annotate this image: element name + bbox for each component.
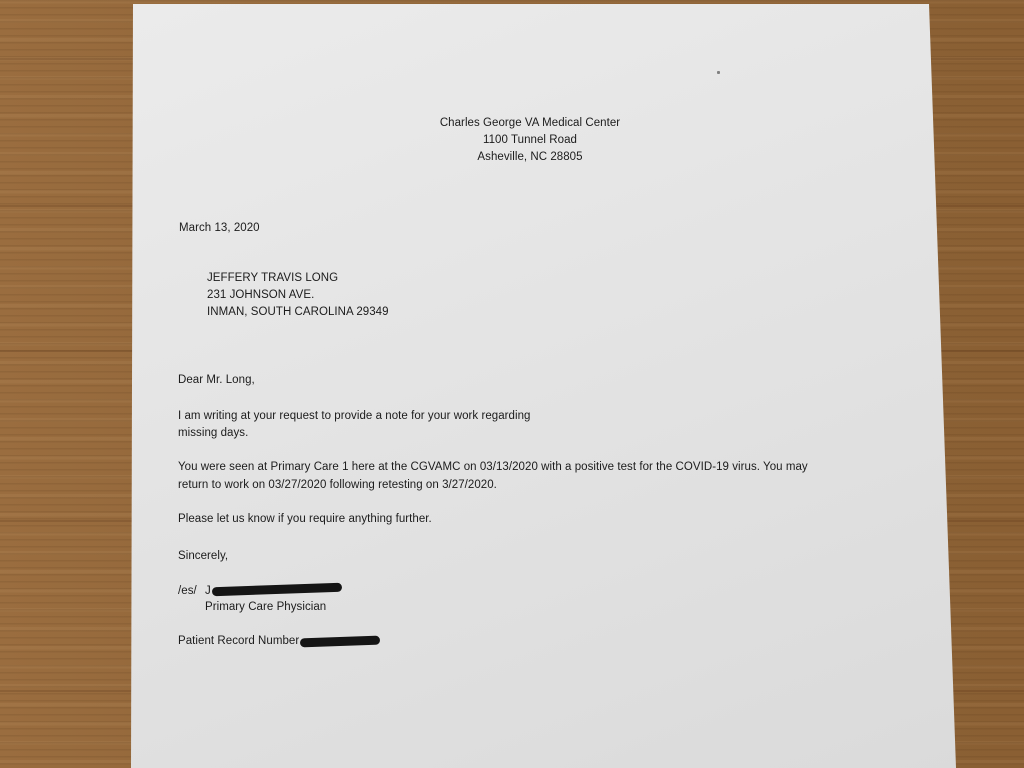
patient-record-label: Patient Record Number — [178, 633, 299, 650]
paragraph-1-line-1: I am writing at your request to provide … — [178, 408, 531, 425]
paragraph-2-line-1: You were seen at Primary Care 1 here at … — [178, 459, 808, 476]
recipient-city: INMAN, SOUTH CAROLINA 29349 — [207, 304, 389, 321]
letterhead-org: Charles George VA Medical Center — [380, 115, 680, 132]
recipient-name: JEFFERY TRAVIS LONG — [207, 270, 338, 287]
signature-title: Primary Care Physician — [205, 599, 326, 616]
recipient-street: 231 JOHNSON AVE. — [207, 287, 314, 304]
signature-initial: J — [205, 583, 211, 600]
letter-date: March 13, 2020 — [179, 220, 260, 237]
letterhead-street: 1100 Tunnel Road — [380, 132, 680, 149]
closing: Sincerely, — [178, 548, 228, 565]
patient-record-redaction — [300, 636, 380, 648]
letter-paper: Charles George VA Medical Center 1100 Tu… — [0, 0, 1024, 768]
paragraph-3: Please let us know if you require anythi… — [178, 511, 432, 528]
letterhead-city: Asheville, NC 28805 — [380, 149, 680, 166]
paragraph-1-line-2: missing days. — [178, 425, 248, 442]
signature-prefix: /es/ — [178, 583, 197, 600]
paragraph-2-line-2: return to work on 03/27/2020 following r… — [178, 477, 497, 494]
signature-name-redaction — [212, 583, 342, 597]
salutation: Dear Mr. Long, — [178, 372, 255, 389]
paper-speck — [717, 71, 720, 74]
